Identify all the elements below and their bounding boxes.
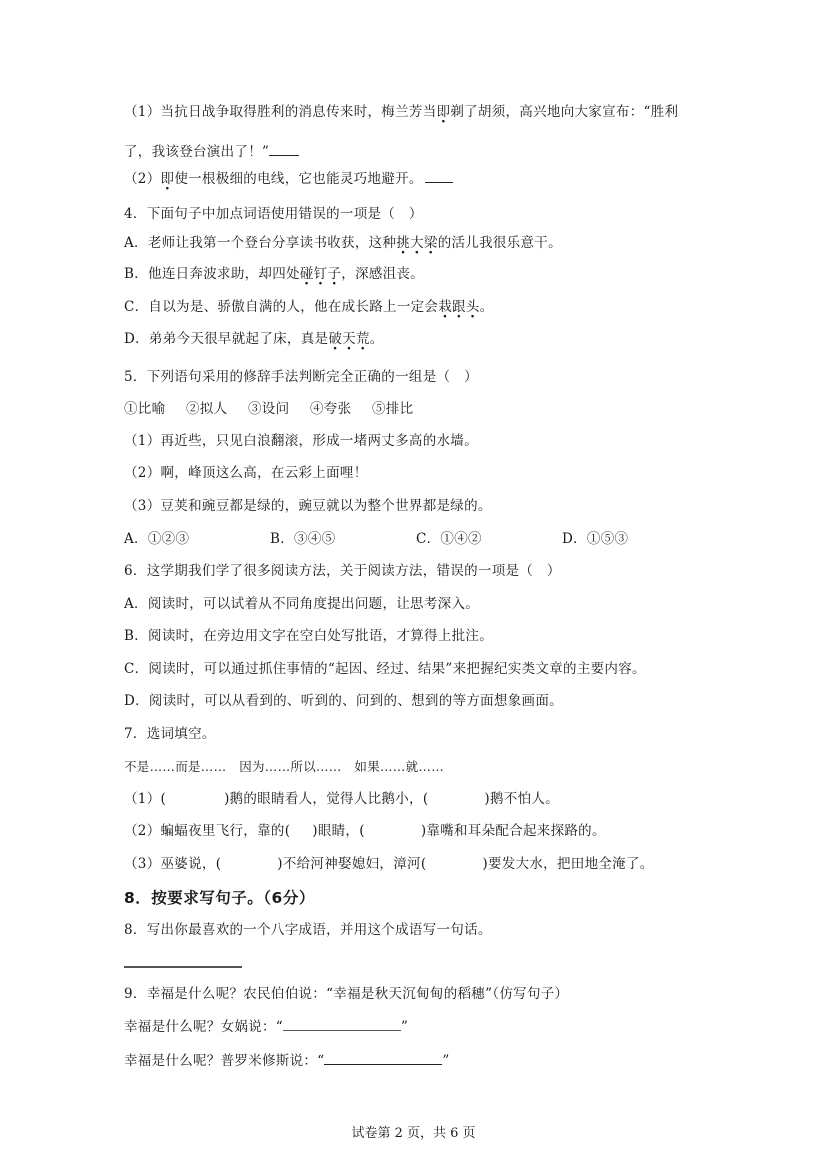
closing-quote: ” xyxy=(401,1019,408,1035)
item-text: )眼睛，( xyxy=(312,823,365,839)
q6-option-b: B．阅读时，在旁边用文字在空白处写批语，才算得上批注。 xyxy=(124,627,493,645)
option-text: D．弟弟今天很早就起了床，真是 xyxy=(124,331,328,347)
q8-stem: 8．写出你最喜欢的一个八字成语，并用这个成语写一句话。 xyxy=(124,921,492,939)
q9-line-2: 幸福是什么呢？普罗米修斯说：“” xyxy=(124,1052,450,1070)
emphasis-dot-char: 即 xyxy=(161,171,175,187)
device-item: ④夸张 xyxy=(310,400,372,418)
q6-option-a: A．阅读时，可以试着从不同角度提出问题，让思考深入。 xyxy=(124,595,479,613)
emphasis-dot-char: 天 xyxy=(342,331,356,347)
q7-item-2: （2）蝙蝠夜里飞行，靠的()眼睛，()靠嘴和耳朵配合起来探路的。 xyxy=(124,822,606,840)
q4-option-d: D．弟弟今天很早就起了床，真是破天荒。 xyxy=(124,330,384,348)
option-text-cont: 。 xyxy=(480,299,494,315)
item-text: )鹅的眼睛看人，觉得人比鹅小，( xyxy=(224,791,428,807)
item-text: )鹅不怕人。 xyxy=(484,791,559,807)
q4-stem: 4．下面句子中加点词语使用错误的一项是（ ） xyxy=(124,205,423,223)
item-text: （2）蝙蝠夜里飞行，靠的( xyxy=(124,823,290,839)
q5-stem: 5．下列语句采用的修辞手法判断完全正确的一组是（ ） xyxy=(124,368,478,386)
q5-choices: A．①②③B．③④⑤C．①④②D．①⑤③ xyxy=(124,530,628,548)
option-text-cont: 。 xyxy=(370,331,384,347)
answer-blank[interactable] xyxy=(283,1018,401,1031)
option-text: B．他连日奔波求助，却四处 xyxy=(124,266,300,282)
option-text-cont: 的活儿我很乐意干。 xyxy=(438,235,562,251)
closing-quote: ” xyxy=(442,1053,449,1069)
choice-c[interactable]: C．①④② xyxy=(416,530,562,548)
option-text-cont: ，深感沮丧。 xyxy=(341,266,424,282)
q4-option-b: B．他连日奔波求助，却四处碰钉子，深感沮丧。 xyxy=(124,265,424,283)
item-text: （3）巫婆说，( xyxy=(124,856,221,872)
answer-blank[interactable] xyxy=(324,1052,442,1065)
q3-item-1-text-cont: 剃了胡须，高兴地向大家宣布：“胜利 xyxy=(450,104,678,120)
q3-item-2-label: （2） xyxy=(124,171,161,187)
emphasis-dot-char: 破 xyxy=(328,331,342,347)
q5-sentence-2: （2）啊，峰顶这么高，在云彩上面哩！ xyxy=(124,464,368,482)
q3-item-2-text: 使一根极细的电线，它也能灵巧地避开。 xyxy=(174,171,422,187)
q6-stem: 6．这学期我们学了很多阅读方法，关于阅读方法，错误的一项是（ ） xyxy=(124,562,561,580)
q4-option-c: C．自以为是、骄傲自满的人，他在成长路上一定会栽跟头。 xyxy=(124,298,493,316)
q7-item-1: （1）()鹅的眼睛看人，觉得人比鹅小，()鹅不怕人。 xyxy=(124,790,559,808)
device-item: ①比喻 xyxy=(124,400,186,418)
q7-stem: 7．选词填空。 xyxy=(124,725,216,743)
q5-device-list: ①比喻②拟人③设问④夸张⑤排比 xyxy=(124,400,413,418)
q3-item-1-ending: 了，我该登台演出了！” xyxy=(124,144,269,160)
emphasis-dot-char: 荒 xyxy=(356,331,370,347)
emphasis-dot-char: 头 xyxy=(466,299,480,315)
prompt-text: 幸福是什么呢？女娲说：“ xyxy=(124,1019,283,1035)
q3-item-1-text: （1）当抗日战争取得胜利的消息传来时，梅兰芳当 xyxy=(124,104,437,120)
q9-stem: 9．幸福是什么呢？农民伯伯说：“幸福是秋天沉甸甸的稻穗”（仿写句子） xyxy=(124,985,568,1003)
answer-blank[interactable] xyxy=(269,143,299,156)
option-text: C．自以为是、骄傲自满的人，他在成长路上一定会 xyxy=(124,299,438,315)
answer-line[interactable] xyxy=(124,966,242,968)
option-text: A．老师让我第一个登台分享读书收获，这种 xyxy=(124,235,396,251)
device-item: ②拟人 xyxy=(186,400,248,418)
emphasis-dot-char: 跟 xyxy=(452,299,466,315)
device-item: ③设问 xyxy=(248,400,310,418)
item-text: )靠嘴和耳朵配合起来探路的。 xyxy=(421,823,606,839)
emphasis-dot-char: 碰 xyxy=(300,266,314,282)
q6-option-c: C．阅读时，可以通过抓住事情的“起因、经过、结果”来把握纪实类文章的主要内容。 xyxy=(124,660,646,678)
item-text: )要发大水，把田地全淹了。 xyxy=(482,856,653,872)
page-footer: 试卷第 2 页，共 6 页 xyxy=(0,1122,827,1141)
emphasis-dot-char: 钉 xyxy=(314,266,328,282)
q6-option-d: D．阅读时，可以从看到的、听到的、问到的、想到的等方面想象画面。 xyxy=(124,692,563,710)
emphasis-dot-char: 大 xyxy=(410,235,424,251)
choice-b[interactable]: B．③④⑤ xyxy=(270,530,416,548)
q5-sentence-1: （1）再近些，只见白浪翻滚，形成一堵两丈多高的水墙。 xyxy=(124,432,478,450)
emphasis-dot-char: 即 xyxy=(437,104,451,120)
item-text: （1）( xyxy=(124,791,166,807)
device-item: ⑤排比 xyxy=(372,400,413,418)
emphasis-dot-char: 梁 xyxy=(424,235,438,251)
emphasis-dot-char: 子 xyxy=(327,266,341,282)
item-text: )不给河神娶媳妇，漳河( xyxy=(277,856,426,872)
q7-word-bank: 不是……而是…… 因为……所以…… 如果……就…… xyxy=(124,758,444,776)
q3-item-1-cont: 了，我该登台演出了！” xyxy=(124,143,299,161)
section-heading: 8．按要求写句子。（6分） xyxy=(124,886,315,908)
q3-item-2: （2）即使一根极细的电线，它也能灵巧地避开。 xyxy=(124,170,453,188)
answer-blank[interactable] xyxy=(425,170,453,183)
emphasis-dot-char: 栽 xyxy=(438,299,452,315)
choice-d[interactable]: D．①⑤③ xyxy=(562,530,628,548)
prompt-text: 幸福是什么呢？普罗米修斯说：“ xyxy=(124,1053,324,1069)
emphasis-dot-char: 挑 xyxy=(396,235,410,251)
q5-sentence-3: （3）豆荚和豌豆都是绿的，豌豆就以为整个世界都是绿的。 xyxy=(124,497,492,515)
q7-item-3: （3）巫婆说，()不给河神娶媳妇，漳河()要发大水，把田地全淹了。 xyxy=(124,855,654,873)
q4-option-a: A．老师让我第一个登台分享读书收获，这种挑大梁的活儿我很乐意干。 xyxy=(124,234,562,252)
q3-item-1: （1）当抗日战争取得胜利的消息传来时，梅兰芳当即剃了胡须，高兴地向大家宣布：“胜… xyxy=(124,103,678,121)
choice-a[interactable]: A．①②③ xyxy=(124,530,270,548)
q9-line-1: 幸福是什么呢？女娲说：“” xyxy=(124,1018,408,1036)
